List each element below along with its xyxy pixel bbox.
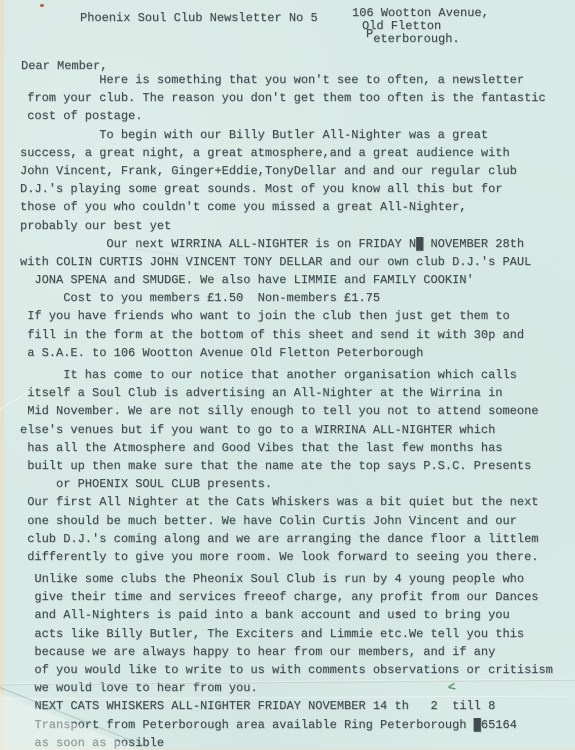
typed-line: Here is something that you won't see to …	[20, 71, 553, 89]
typed-line: or PHOENIX SOUL CLUB presents.	[20, 475, 553, 493]
typed-line: Our next WIRRINA ALL-NIGHTER is on FRIDA…	[20, 235, 553, 253]
address-line-3: Peterborough.	[352, 33, 489, 46]
typed-line: of you would like to write to us with co…	[20, 661, 553, 679]
typed-line: John Vincent, Frank, Ginger+Eddie,TonyDe…	[20, 162, 553, 180]
typed-line: Our first All Nighter at the Cats Whiske…	[20, 493, 553, 511]
typed-line: acts like Billy Butler, The Exciters and…	[20, 625, 553, 643]
corner-fold	[0, 693, 140, 750]
typed-line: built up then make sure that the name at…	[20, 457, 553, 475]
typed-line: Mid November. We are not silly enough to…	[20, 402, 553, 420]
typed-line: cost of postage.	[20, 107, 553, 125]
typed-line: from your club. The reason you don't get…	[20, 89, 553, 107]
typed-line: success, a great night, a great atmosphe…	[20, 144, 553, 162]
typed-line: Unlike some clubs the Pheonix Soul Club …	[20, 570, 553, 588]
typed-line: JONA SPENA and SMUDGE. We also have LIMM…	[20, 271, 553, 289]
typed-line: and All-Nighters is paid into a bank acc…	[20, 606, 553, 624]
letter-body: Here is something that you won't see to …	[20, 71, 553, 750]
red-stain-speck	[40, 4, 44, 7]
sender-address: 106 Wootton Avenue, Old Fletton Peterbor…	[352, 7, 489, 46]
address-city-rest: eterborough.	[373, 32, 459, 46]
typed-line: those of you who couldn't come you misse…	[20, 198, 553, 216]
typed-line: has all the Atmosphere and Good Vibes th…	[20, 439, 553, 457]
address-city-initial: P	[366, 28, 373, 41]
paper-left-edge	[0, 0, 4, 750]
typed-line: else's venues but if you want to go to a…	[20, 421, 553, 439]
typed-line: club D.J.'s coming along and we are arra…	[20, 530, 553, 548]
typed-line: itself a Soul Club is advertising an All…	[20, 384, 553, 402]
typed-line: fill in the form at the bottom of this s…	[20, 326, 553, 344]
newsletter-page: Phoenix Soul Club Newsletter No 5 106 Wo…	[0, 0, 575, 750]
typed-line: a S.A.E. to 106 Wootton Avenue Old Flett…	[20, 344, 553, 362]
typed-line: probably our best yet	[20, 217, 553, 235]
typed-line: give their time and services freeof char…	[20, 588, 553, 606]
typed-line: differently to give you more room. We lo…	[20, 548, 553, 566]
typed-line: D.J.'s playing some great sounds. Most o…	[20, 180, 553, 198]
typed-line: with COLIN CURTIS JOHN VINCENT TONY DELL…	[20, 253, 553, 271]
typed-line: Cost to you members £1.50 Non-members £1…	[20, 289, 553, 307]
typed-line: It has come to our notice that another o…	[20, 366, 553, 384]
typed-line: If you have friends who want to join the…	[20, 307, 553, 325]
newsletter-title: Phoenix Soul Club Newsletter No 5	[80, 11, 318, 25]
typed-line: To begin with our Billy Butler All-Night…	[20, 126, 553, 144]
typed-line: one should be much better. We have Colin…	[20, 512, 553, 530]
typed-line: because we are always happy to hear from…	[20, 643, 553, 661]
